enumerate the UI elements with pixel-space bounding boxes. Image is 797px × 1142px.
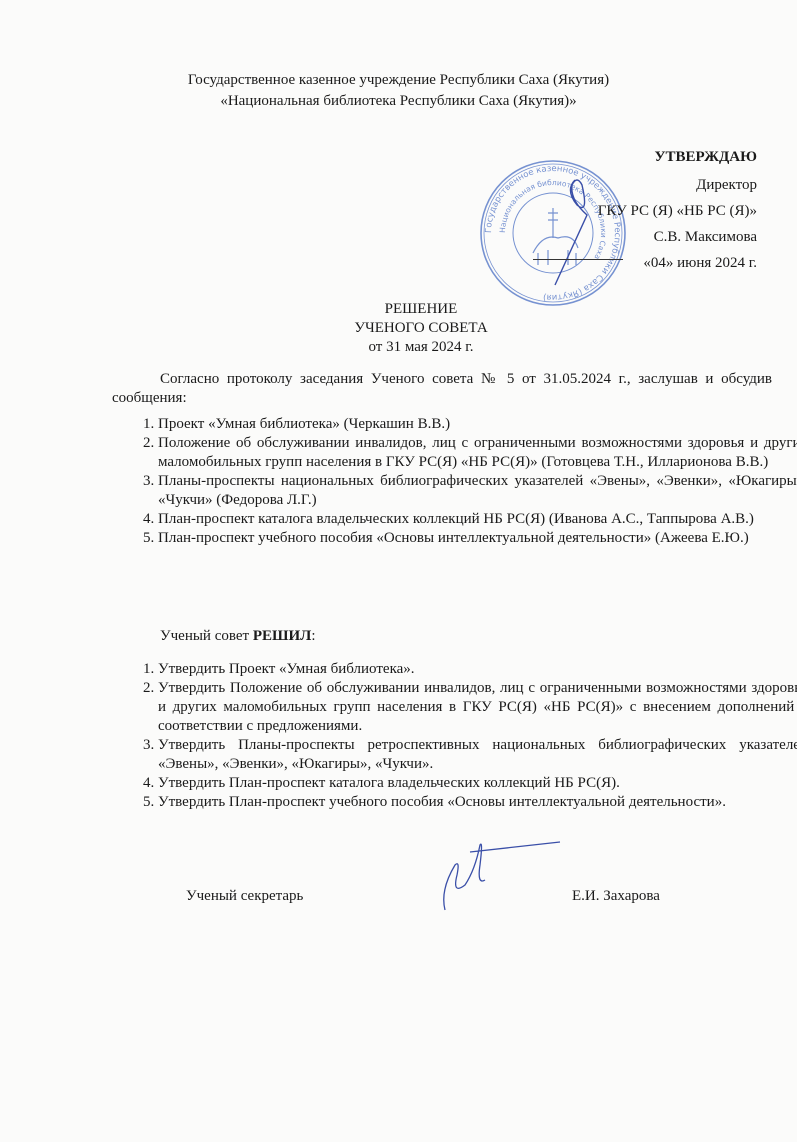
signature-name: Е.И. Захарова — [572, 888, 660, 905]
signature-role: Ученый секретарь — [186, 888, 303, 905]
agenda-item: План-проспект каталога владельческих кол… — [158, 510, 797, 529]
decision-item: Утвердить Проект «Умная библиотека». — [158, 660, 797, 679]
doc-title-line2: УЧЕНОГО СОВЕТА — [0, 319, 797, 338]
approval-block: УТВЕРЖДАЮ Директор ГКУ РС (Я) «НБ РС (Я)… — [598, 146, 757, 274]
org-name-line2: «Национальная библиотека Республики Саха… — [0, 91, 797, 111]
agenda-list: Проект «Умная библиотека» (Черкашин В.В.… — [112, 415, 797, 548]
org-name-line1: Государственное казенное учреждение Респ… — [0, 70, 797, 90]
decision-item: Утвердить Планы-проспекты ретроспективны… — [158, 736, 797, 774]
agenda-item: Планы-проспекты национальных библиографи… — [158, 472, 797, 510]
document-page: Государственное казенное учреждение Респ… — [0, 0, 797, 1142]
secretary-signature-icon — [425, 840, 565, 915]
approval-heading: УТВЕРЖДАЮ — [598, 146, 757, 168]
agenda-item: Положение об обслуживании инвалидов, лиц… — [158, 434, 797, 472]
intro-paragraph: Согласно протоколу заседания Ученого сов… — [112, 370, 772, 408]
doc-title-date: от 31 мая 2024 г. — [0, 338, 797, 357]
decision-item: Утвердить План-проспект учебного пособия… — [158, 793, 797, 812]
agenda-item: Проект «Умная библиотека» (Черкашин В.В.… — [158, 415, 797, 434]
decision-item: Утвердить Положение об обслуживании инва… — [158, 679, 797, 736]
approval-organization: ГКУ РС (Я) «НБ РС (Я)» — [598, 200, 757, 222]
decided-bold: РЕШИЛ — [253, 628, 311, 644]
approval-date: «04» июня 2024 г. — [598, 252, 757, 274]
approval-name: С.В. Максимова — [598, 226, 757, 248]
agenda-item: План-проспект учебного пособия «Основы и… — [158, 529, 797, 548]
decided-heading: Ученый совет РЕШИЛ: — [160, 628, 315, 645]
decisions-list: Утвердить Проект «Умная библиотека». Утв… — [112, 660, 797, 812]
doc-title-line1: РЕШЕНИЕ — [0, 300, 797, 319]
approval-position: Директор — [598, 174, 757, 196]
decision-item: Утвердить План-проспект каталога владель… — [158, 774, 797, 793]
